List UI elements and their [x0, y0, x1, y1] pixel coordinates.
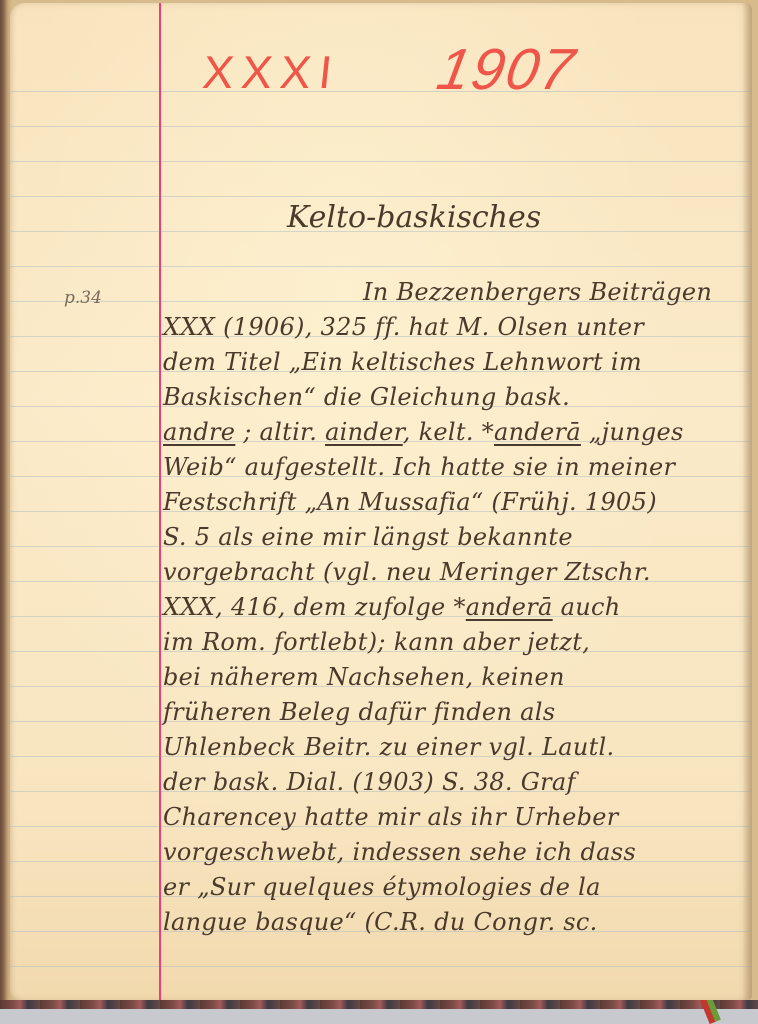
underlined-word: andre [163, 418, 235, 446]
text-line: In Bezzenbergers Beiträgen [363, 280, 712, 304]
text-line: langue basque“ (C.R. du Congr. sc. [163, 910, 598, 934]
scanned-notebook-page: XXXI 1907 Kelto-baskisches p.34 In Bezze… [0, 0, 758, 1024]
underlined-word: anderā [466, 593, 553, 621]
text-line: er „Sur quelques étymologies de la [163, 875, 601, 899]
volume-numeral: XXXI [201, 49, 343, 95]
text-span: , kelt. * [403, 418, 494, 446]
text-line: XXX, 416, dem zufolge *anderā auch [163, 595, 620, 619]
text-line: Baskischen“ die Gleichung bask. [163, 385, 570, 409]
ruled-line [10, 161, 752, 162]
text-line: Charencey hatte mir als ihr Urheber [163, 805, 619, 829]
margin-page-reference: p.34 [64, 290, 102, 307]
ruled-line [10, 966, 752, 967]
text-line: Uhlenbeck Beitr. zu einer vgl. Lautl. [163, 735, 614, 759]
text-line: S. 5 als eine mir längst bekannte [163, 525, 573, 549]
text-line: XXX (1906), 325 ff. hat M. Olsen unter [163, 315, 644, 339]
year-heading: 1907 [433, 41, 580, 99]
text-span: ; altir. [235, 418, 325, 446]
ruled-line [10, 126, 752, 127]
text-line: früheren Beleg dafür finden als [163, 700, 555, 724]
page-gutter-shadow [742, 3, 752, 1000]
text-line: andre ; altir. ainder, kelt. *anderā „ju… [163, 420, 684, 444]
article-title: Kelto-baskisches [287, 203, 541, 233]
underlined-word: ainder [325, 418, 403, 446]
ruled-line [10, 196, 752, 197]
text-line: bei näherem Nachsehen, keinen [163, 665, 565, 689]
ruled-line [10, 266, 752, 267]
text-line: der bask. Dial. (1903) S. 38. Graf [163, 770, 576, 794]
text-line: im Rom. fortlebt); kann aber jetzt, [163, 630, 590, 654]
text-line: vorgebracht (vgl. neu Meringer Ztschr. [163, 560, 651, 584]
text-span: XXX, 416, dem zufolge * [163, 593, 466, 621]
text-line: Weib“ aufgestellt. Ich hatte sie in mein… [163, 455, 675, 479]
text-line: dem Titel „Ein keltisches Lehnwort im [163, 350, 642, 374]
underlined-word: anderā [494, 418, 581, 446]
text-span: auch [553, 593, 621, 621]
text-line: vorgeschwebt, indessen sehe ich dass [163, 840, 636, 864]
text-line: Festschrift „An Mussafia“ (Frühj. 1905) [163, 490, 657, 514]
book-bottom-edge [0, 1000, 758, 1009]
notebook-page: XXXI 1907 Kelto-baskisches p.34 In Bezze… [10, 3, 752, 1000]
text-span: „junges [581, 418, 684, 446]
margin-rule [159, 3, 161, 1000]
ruled-line [10, 91, 752, 92]
